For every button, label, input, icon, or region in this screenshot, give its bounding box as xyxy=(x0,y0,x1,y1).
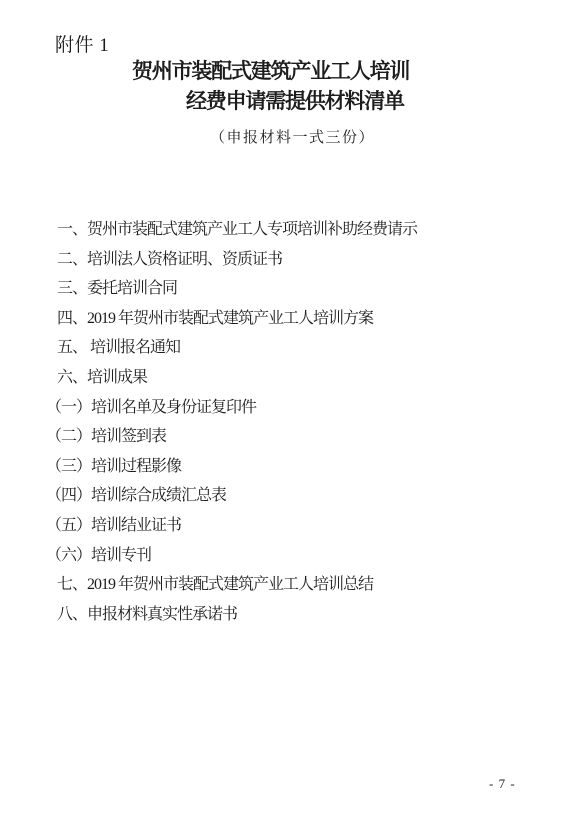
list-subitem-6-4: （四）培训综合成绩汇总表 xyxy=(0,481,583,511)
list-subitem-6-3: （三）培训过程影像 xyxy=(0,452,583,482)
document-title-line2: 经费申请需提供材料清单 xyxy=(186,91,404,112)
list-item-2: 二、培训法人资格证明、资质证书 xyxy=(0,245,583,275)
document-page: 附件 1 贺州市装配式建筑产业工人培训 经费申请需提供材料清单 （申报材料一式三… xyxy=(0,0,583,827)
list-item-1: 一、贺州市装配式建筑产业工人专项培训补助经费请示 xyxy=(0,215,583,245)
page-number: - 7 - xyxy=(489,776,516,792)
list-subitem-6-2: （二）培训签到表 xyxy=(0,422,583,452)
document-subtitle: （申报材料一式三份） xyxy=(210,129,375,147)
list-item-3: 三、委托培训合同 xyxy=(0,274,583,304)
list-item-5: 五、 培训报名通知 xyxy=(0,333,583,363)
list-item-7: 七、2019 年贺州市装配式建筑产业工人培训总结 xyxy=(0,570,583,600)
document-title-line1: 贺州市装配式建筑产业工人培训 xyxy=(132,61,409,82)
list-subitem-6-5: （五）培训结业证书 xyxy=(0,511,583,541)
list-item-4: 四、2019 年贺州市装配式建筑产业工人培训方案 xyxy=(0,304,583,334)
list-subitem-6-6: （六）培训专刊 xyxy=(0,541,583,571)
attachment-label: 附件 1 xyxy=(55,36,109,55)
material-list: 一、贺州市装配式建筑产业工人专项培训补助经费请示 二、培训法人资格证明、资质证书… xyxy=(0,215,583,629)
list-item-8: 八、申报材料真实性承诺书 xyxy=(0,600,583,630)
list-item-6: 六、培训成果 xyxy=(0,363,583,393)
list-subitem-6-1: （一）培训名单及身份证复印件 xyxy=(0,393,583,423)
